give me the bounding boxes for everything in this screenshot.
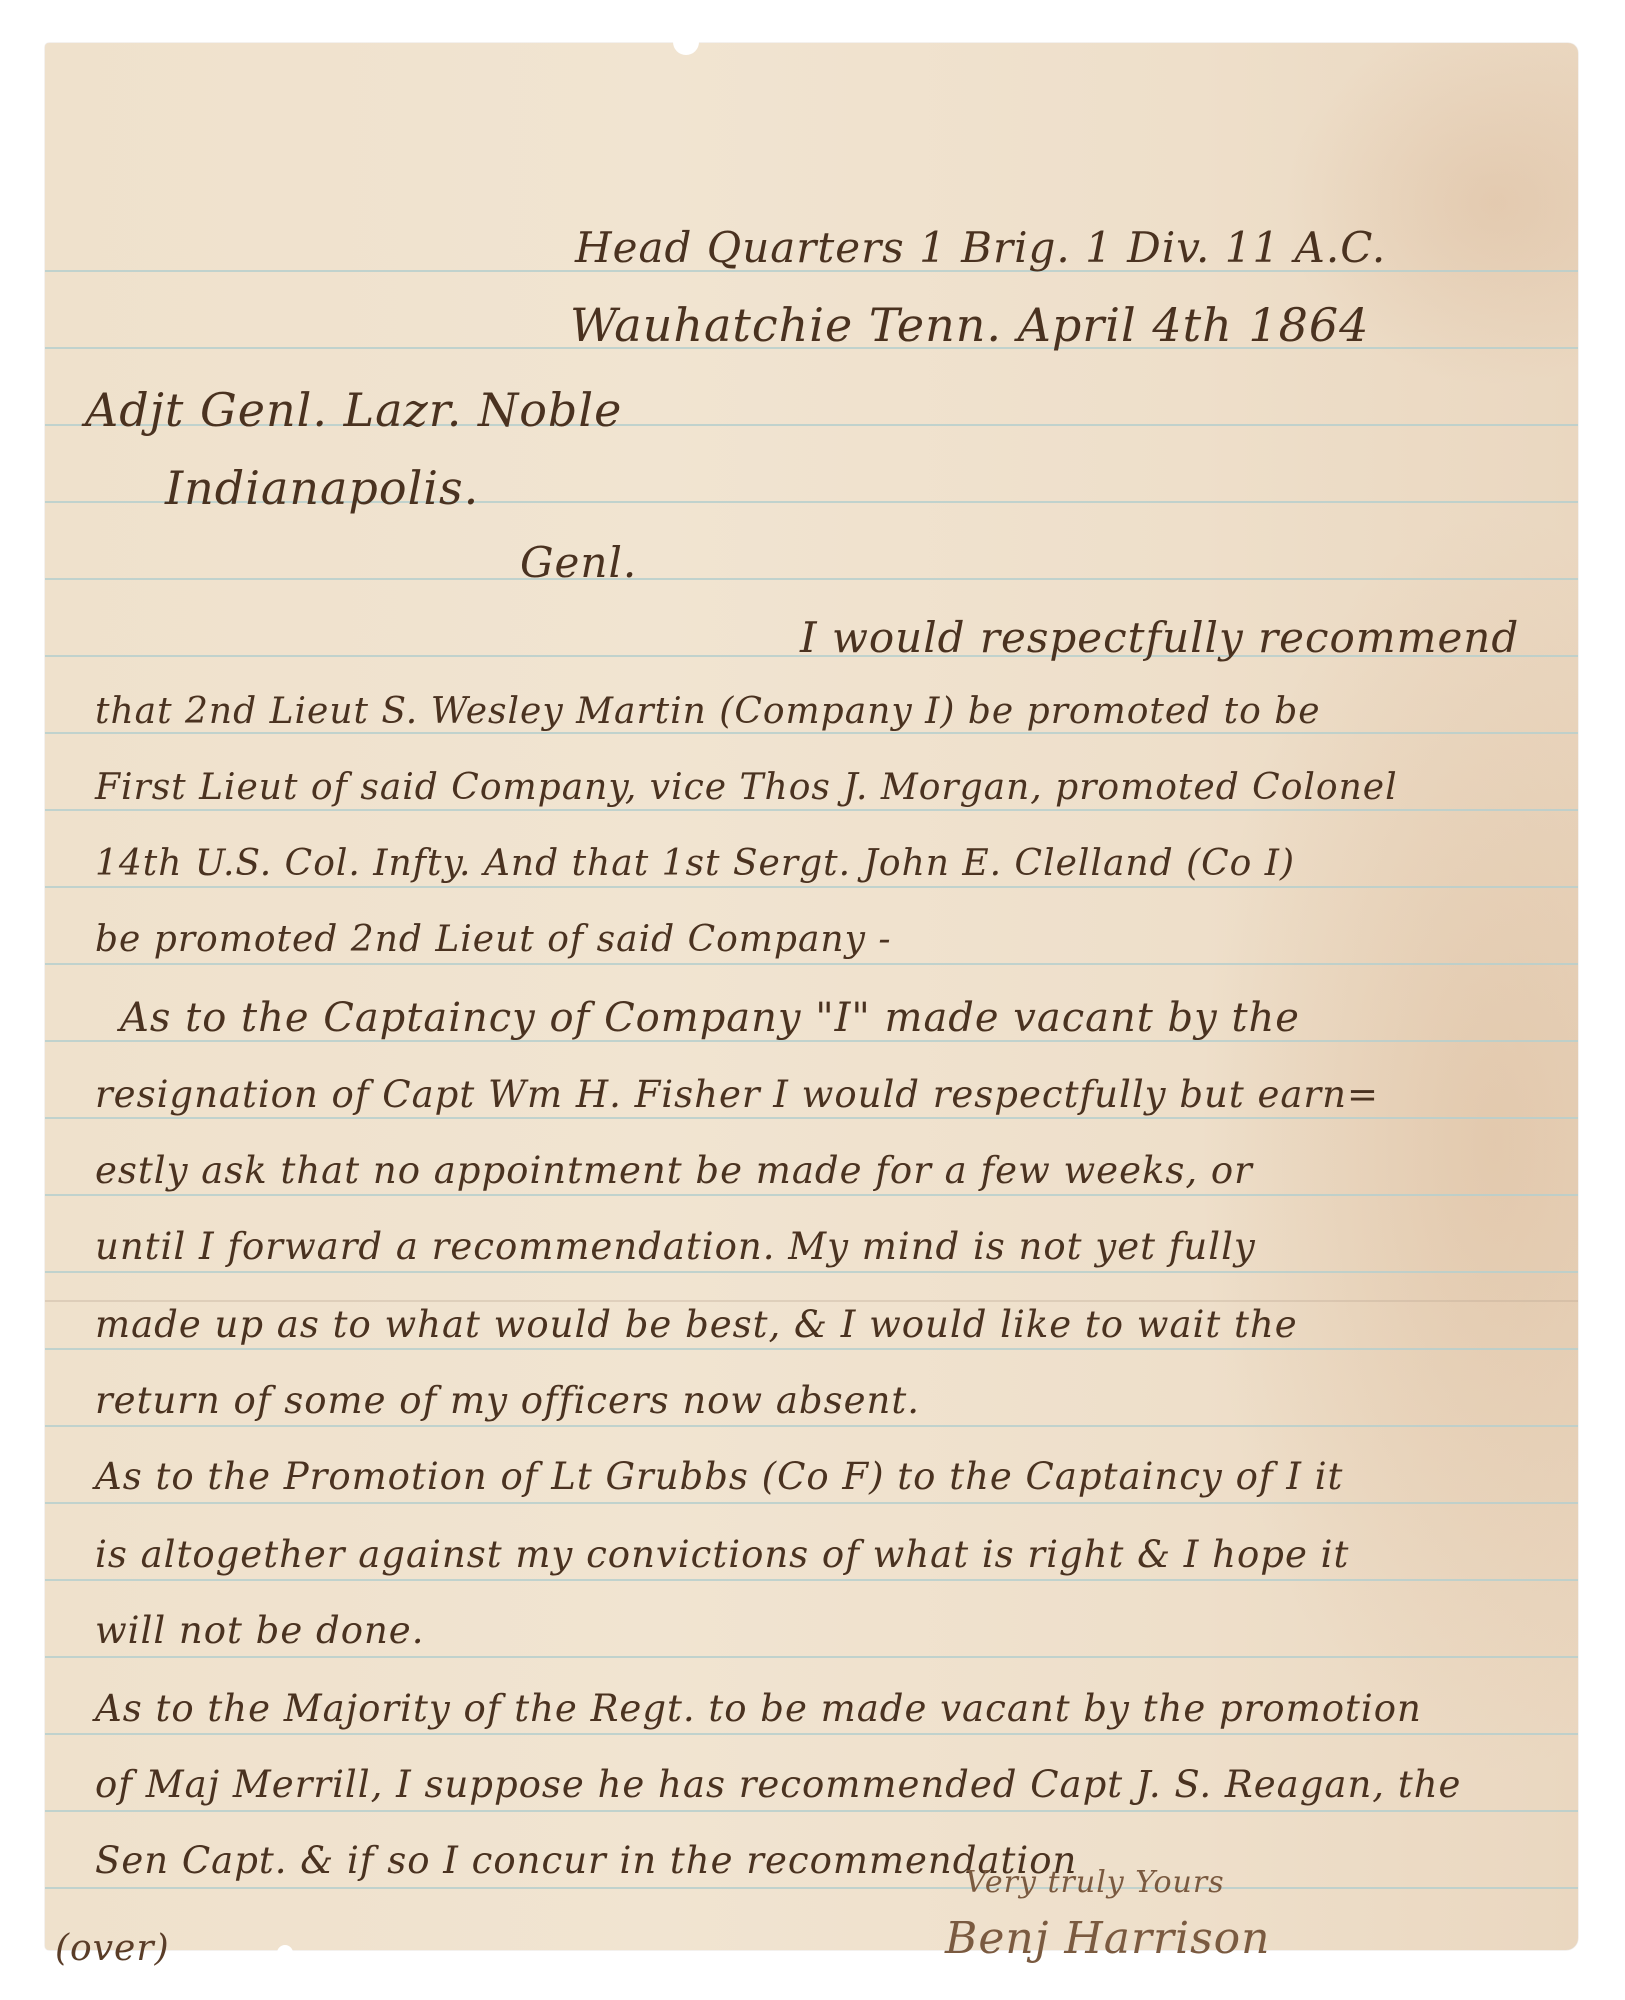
body-line: made up as to what would be best, & I wo… bbox=[95, 1303, 1298, 1346]
signature: Benj Harrison bbox=[945, 1913, 1271, 1964]
body-line: I would respectfully recommend bbox=[800, 613, 1519, 662]
ruled-line bbox=[45, 1502, 1578, 1504]
fold-crease bbox=[45, 1300, 1578, 1302]
body-line: until I forward a recommendation. My min… bbox=[95, 1225, 1256, 1268]
body-line: As to the Captaincy of Company "I" made … bbox=[120, 995, 1300, 1041]
over-note: (over) bbox=[55, 1928, 170, 1969]
addressee-name: Adjt Genl. Lazr. Noble bbox=[85, 383, 622, 437]
ruled-line bbox=[45, 809, 1578, 811]
closing: Very truly Yours bbox=[965, 1865, 1225, 1900]
body-line: Sen Capt. & if so I concur in the recomm… bbox=[95, 1839, 1077, 1882]
body-line: As to the Promotion of Lt Grubbs (Co F) … bbox=[95, 1455, 1343, 1498]
addressee-city: Indianapolis. bbox=[165, 461, 479, 515]
ruled-line bbox=[45, 1425, 1578, 1427]
body-line: resignation of Capt Wm H. Fisher I would… bbox=[95, 1073, 1379, 1116]
body-line: First Lieut of said Company, vice Thos J… bbox=[95, 767, 1398, 808]
body-line: be promoted 2nd Lieut of said Company - bbox=[95, 919, 892, 960]
ruled-line bbox=[45, 1887, 1578, 1889]
body-line: is altogether against my convictions of … bbox=[95, 1533, 1349, 1576]
body-line: estly ask that no appointment be made fo… bbox=[95, 1149, 1253, 1192]
salutation: Genl. bbox=[520, 538, 637, 587]
ruled-line bbox=[45, 1271, 1578, 1273]
letter-heading-date: Wauhatchie Tenn. April 4th 1864 bbox=[570, 298, 1369, 352]
ruled-line bbox=[45, 963, 1578, 965]
ruled-line bbox=[45, 886, 1578, 888]
ruled-line bbox=[45, 1656, 1578, 1658]
ruled-line bbox=[45, 1579, 1578, 1581]
body-line: As to the Majority of the Regt. to be ma… bbox=[95, 1687, 1422, 1730]
letter-paper: Head Quarters 1 Brig. 1 Div. 11 A.C. Wau… bbox=[45, 43, 1578, 1950]
body-line: that 2nd Lieut S. Wesley Martin (Company… bbox=[95, 691, 1321, 732]
ruled-line bbox=[45, 1348, 1578, 1350]
ruled-line bbox=[45, 1194, 1578, 1196]
paper-tear-bottom bbox=[277, 1945, 293, 1953]
ruled-line bbox=[45, 578, 1578, 580]
body-line: of Maj Merrill, I suppose he has recomme… bbox=[95, 1763, 1461, 1806]
ruled-line bbox=[45, 732, 1578, 734]
body-line: will not be done. bbox=[95, 1609, 424, 1652]
ruled-line bbox=[45, 1117, 1578, 1119]
ruled-line bbox=[45, 1733, 1578, 1735]
body-line: return of some of my officers now absent… bbox=[95, 1379, 920, 1422]
body-line: 14th U.S. Col. Infty. And that 1st Sergt… bbox=[95, 843, 1295, 884]
letter-heading-location: Head Quarters 1 Brig. 1 Div. 11 A.C. bbox=[575, 223, 1386, 272]
paper-tear-top bbox=[673, 41, 699, 55]
ruled-line bbox=[45, 1810, 1578, 1812]
